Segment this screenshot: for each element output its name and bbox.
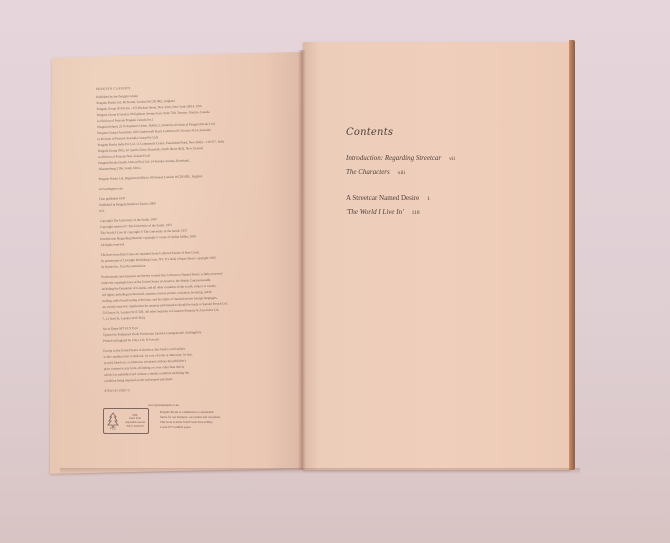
toc-entry-page: 118 (412, 210, 420, 216)
copyright-block: The lines from Hart Crane are reprinted … (101, 247, 276, 270)
book-spine-gutter (298, 50, 306, 470)
fsc-code: FSC® C018179 (123, 425, 147, 429)
fsc-text: MIX Paper from responsible sources FSC® … (123, 414, 147, 428)
website-url: www.greenpenguin.co.uk (148, 403, 179, 407)
toc-entry: The Charactersxiii (346, 168, 455, 182)
copyright-block: Except in the United States of America, … (103, 343, 279, 384)
sustainability-note: Penguin Books is committed to a sustaina… (160, 410, 240, 430)
fsc-tree-icon: FSC (107, 412, 119, 430)
toc-entry-page: vii (449, 156, 455, 162)
copyright-block: Penguin Books Ltd, Registered Offices: 8… (99, 171, 274, 182)
copyright-block: First published 1947Published in Penguin… (99, 191, 274, 214)
copyright-line: www.penguin.com (99, 181, 274, 192)
copyright-block: 978-0-141-19027-3 (104, 383, 279, 394)
copyright-blocks: Published by the Penguin GroupPenguin Bo… (96, 89, 279, 394)
toc-entry-page: xiii (398, 170, 405, 176)
right-page (303, 42, 571, 470)
toc-entry-title: Introduction: Regarding Streetcar (346, 154, 441, 162)
toc-entry-title: A Streetcar Named Desire (346, 194, 419, 202)
contents-heading: Contents (346, 127, 393, 138)
toc-entry-title: The Characters (346, 168, 390, 176)
copyright-line: 978-0-141-19027-3 (104, 383, 279, 394)
copyright-block: Published by the Penguin GroupPenguin Bo… (96, 89, 273, 172)
toc-entry: Introduction: Regarding Streetcarvii (346, 154, 455, 168)
open-book: PENGUIN CLASSICS Published by the Pengui… (0, 0, 670, 543)
svg-text:FSC: FSC (110, 427, 117, 430)
toc-entry-title: 'The World I Live In' (346, 208, 404, 216)
toc-entry: A Streetcar Named Desire1 (346, 194, 455, 208)
page-block-edge (569, 40, 575, 470)
table-of-contents: Introduction: Regarding StreetcarviiThe … (346, 154, 455, 222)
toc-entry: 'The World I Live In'118 (346, 208, 455, 222)
note-line: Council™ certified paper. (160, 425, 240, 430)
copyright-block: Professionals and amateurs are hereby wa… (101, 269, 277, 322)
copyright-block: www.penguin.com (99, 181, 274, 192)
book-shadow (60, 468, 580, 474)
copyright-block: Copyright The University of the South, 1… (100, 213, 276, 248)
toc-entry-page: 1 (427, 196, 430, 202)
copyright-block: Set in Dante MT 10.5/13 ptTypeset by Pal… (103, 321, 278, 344)
fsc-badge: FSC MIX Paper from responsible sources F… (103, 408, 149, 434)
copyright-line: Penguin Books Ltd, Registered Offices: 8… (99, 171, 274, 182)
copyright-text: PENGUIN CLASSICS Published by the Pengui… (96, 81, 280, 398)
